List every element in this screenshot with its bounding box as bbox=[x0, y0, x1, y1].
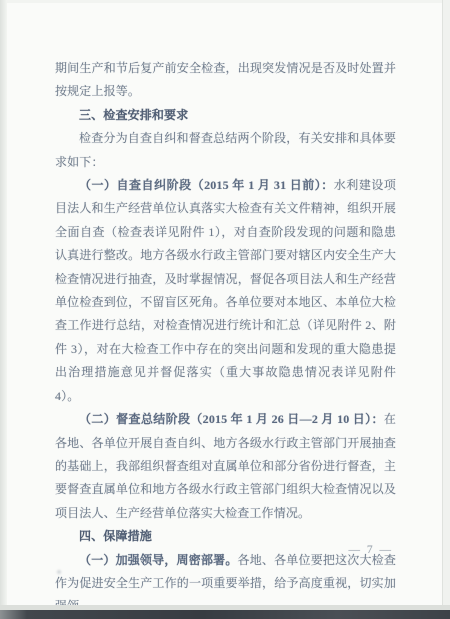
paragraph-lead: （一）自查自纠阶段（2015 年 1 月 31 日前）： bbox=[79, 178, 334, 192]
paragraph-text: 在各地、各单位开展自查自纠、地方各级水行政主管部门开展抽查的基础上，我部组织督查… bbox=[55, 412, 396, 520]
document-content: 期间生产和节后复产前安全检查，出现突发情况是否及时处置并按规定上报等。三、检查安… bbox=[55, 57, 396, 619]
paragraph-lead: （二）督查总结阶段（2015 年 1 月 26 日—2 月 10 日）： bbox=[79, 412, 384, 426]
paragraph: （一）自查自纠阶段（2015 年 1 月 31 日前）：水利建设项目法人和生产经… bbox=[55, 174, 396, 408]
paragraph: 检查分为自查自纠和督查总结两个阶段，有关安排和具体要求如下： bbox=[55, 127, 396, 174]
paragraph-text: 水利建设项目法人和生产经营单位认真落实大检查有关文件精神，组织开展全面自查（检查… bbox=[55, 178, 396, 403]
paragraph: 期间生产和节后复产前安全检查，出现突发情况是否及时处置并按规定上报等。 bbox=[55, 57, 396, 104]
section-heading: 四、保障措施 bbox=[55, 525, 396, 548]
heading-text: 三、检查安排和要求 bbox=[79, 108, 188, 122]
scan-edge-top bbox=[0, 0, 450, 3]
section-heading: 三、检查安排和要求 bbox=[55, 104, 396, 127]
scan-edge-left bbox=[0, 0, 7, 619]
paragraph-text: 检查分为自查自纠和督查总结两个阶段，有关安排和具体要求如下： bbox=[55, 131, 396, 168]
scan-edge-bottom-dark bbox=[0, 610, 450, 619]
paragraph-lead: （一）加强领导，周密部署。 bbox=[79, 553, 238, 567]
paragraph-text: 期间生产和节后复产前安全检查，出现突发情况是否及时处置并按规定上报等。 bbox=[55, 61, 396, 98]
page-number: — 7 — bbox=[349, 544, 394, 556]
scan-edge-right bbox=[442, 0, 450, 619]
paragraph: （二）督查总结阶段（2015 年 1 月 26 日—2 月 10 日）：在各地、… bbox=[55, 408, 396, 525]
heading-text: 四、保障措施 bbox=[79, 529, 152, 543]
scanned-page: 期间生产和节后复产前安全检查，出现突发情况是否及时处置并按规定上报等。三、检查安… bbox=[0, 0, 450, 619]
scan-speck bbox=[57, 570, 61, 574]
